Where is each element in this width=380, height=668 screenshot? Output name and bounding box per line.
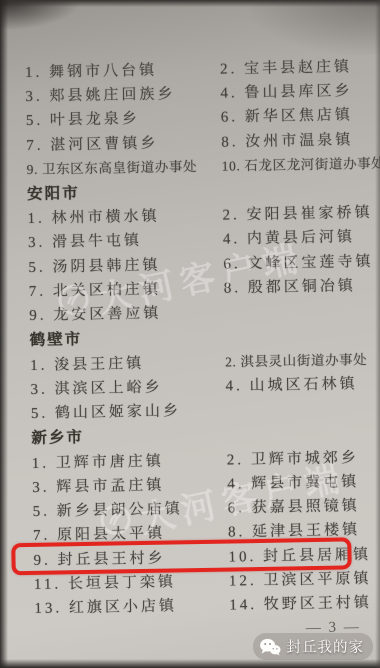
list-item: 5. 汤阴县韩庄镇 xyxy=(28,252,223,276)
list-item: 8. 殷都区铜冶镇 xyxy=(224,274,375,298)
list-item: 8. 汝州市温泉镇 xyxy=(221,127,372,151)
list-item: 3. 滑县牛屯镇 xyxy=(28,228,223,252)
list-item: 9. 龙安区善应镇 xyxy=(29,301,224,325)
list-item: 6. 文峰区宝莲寺镇 xyxy=(223,250,374,274)
list-row: 13. 红旗区小店镇14. 牧野区王村镇 xyxy=(34,590,380,620)
list-item: 14. 牧野区王村镇 xyxy=(229,591,380,615)
list-item: 5. 叶县龙泉乡 xyxy=(26,106,221,130)
list-item: 2. 宝丰县赵庄镇 xyxy=(220,55,371,79)
list-item: 4. 鲁山县库区乡 xyxy=(220,79,371,103)
list-item: 3. 淇滨区上峪乡 xyxy=(30,374,225,398)
list-item: 4. 内黄县后河镇 xyxy=(223,225,374,249)
list-item: 6. 新华区焦店镇 xyxy=(221,103,372,127)
photo-edge-bottom xyxy=(0,659,380,668)
account-badge: 封丘我的家 xyxy=(253,633,374,660)
list-item: 7. 北关区柏庄镇 xyxy=(29,277,224,301)
list-item: 13. 红旗区小店镇 xyxy=(34,594,229,618)
list-item: 2. 淇县灵山街道办事处 xyxy=(225,348,376,371)
list-item: 9. 卫东区东高皇街道办事处 xyxy=(27,155,222,178)
list-item: 3. 郏县姚庄回族乡 xyxy=(25,82,220,106)
photo-shadow-top-right xyxy=(250,0,380,55)
list-item: 1. 浚县王庄镇 xyxy=(30,350,225,374)
town-list: 1. 舞钢市八台镇2. 宝丰县赵庄镇 3. 郏县姚庄回族乡4. 鲁山县库区乡 5… xyxy=(25,53,380,645)
photo-shadow-top-left xyxy=(0,0,80,30)
list-row-highlighted: 9. 封丘县王村乡10. 封丘县居厢镇 xyxy=(33,541,379,571)
wechat-icon xyxy=(259,638,281,656)
list-item: 3. 辉县市孟庄镇 xyxy=(32,472,227,496)
list-item: 1. 卫辉市唐庄镇 xyxy=(32,448,227,472)
list-item: 5. 鹤山区姬家山乡 xyxy=(31,399,226,423)
list-item: 1. 林州市横水镇 xyxy=(27,204,222,228)
highlight-box xyxy=(11,537,352,575)
scanned-document-photo: { "watermark": { "text": "大河客户端" }, "bad… xyxy=(0,0,380,668)
account-badge-label: 封丘我的家 xyxy=(287,636,365,657)
photo-edge-top xyxy=(0,0,380,7)
list-item: 4. 山城区石林镇 xyxy=(225,372,376,396)
list-item: 7. 湛河区曹镇乡 xyxy=(26,130,221,154)
list-item: 5. 新乡县朗公庙镇 xyxy=(32,497,227,521)
list-item: 10. 石龙区龙河街道办事处 xyxy=(221,152,380,175)
list-item xyxy=(224,309,375,312)
list-item xyxy=(226,407,377,410)
list-item: 2. 安阳县崔家桥镇 xyxy=(222,201,373,225)
list-item: 4. 辉县市冀屯镇 xyxy=(227,470,378,494)
list-item: 6. 获嘉县照镜镇 xyxy=(227,494,378,518)
photo-edge-left xyxy=(0,0,8,668)
list-item: 1. 舞钢市八台镇 xyxy=(25,57,220,81)
list-item: 2. 卫辉市城郊乡 xyxy=(227,445,378,469)
